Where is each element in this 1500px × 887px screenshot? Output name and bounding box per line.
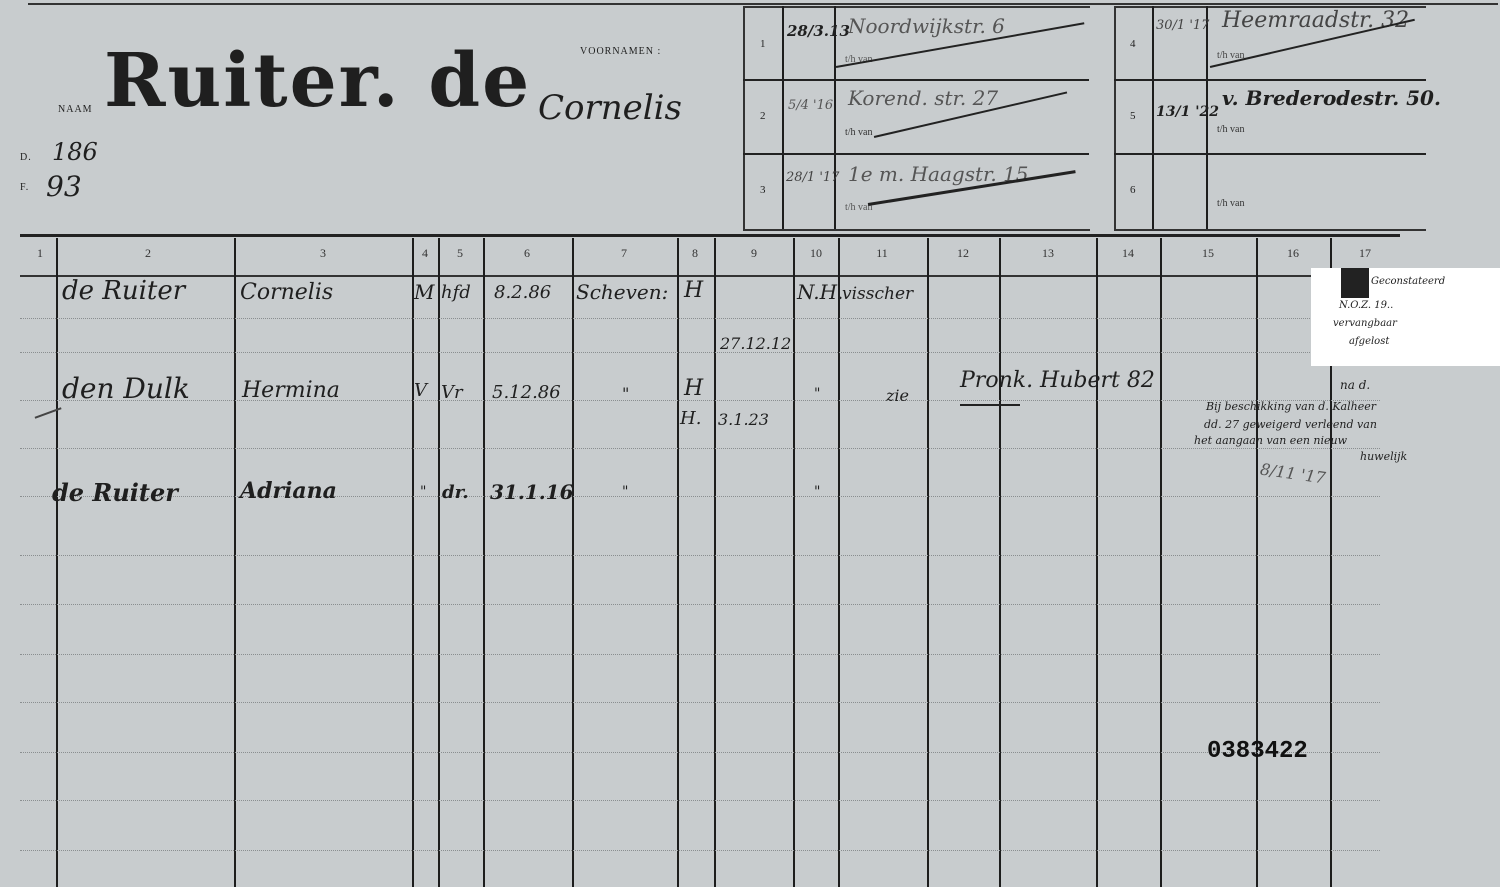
f-label: F. — [20, 182, 29, 193]
address-number: 4 — [1130, 38, 1137, 50]
th-van-label: t/h van — [1217, 124, 1245, 135]
cell-church: N.H. — [797, 280, 843, 304]
cell-surname: de Ruiter — [52, 478, 178, 507]
cell-occupation: zie — [886, 386, 909, 405]
cell-first-name: Hermina — [242, 378, 340, 403]
address-date: 5/4 '16 — [788, 98, 833, 113]
cell-birth-date: 31.1.16 — [490, 480, 574, 504]
remarks-note-top: na d. — [1340, 378, 1370, 392]
cell-birth-date: 5.12.86 — [492, 382, 561, 403]
address-date: 28/3.13 — [787, 22, 850, 40]
column-number: 14 — [1113, 246, 1143, 261]
column-number: 17 — [1350, 246, 1380, 261]
cell-church: " — [814, 484, 820, 500]
stamp-note-line: afgelost — [1349, 336, 1389, 347]
column-number: 13 — [1033, 246, 1063, 261]
underline — [960, 404, 1020, 406]
voornamen-label: VOORNAMEN : — [580, 46, 661, 57]
f-value: 93 — [46, 170, 82, 203]
address-number: 3 — [760, 184, 767, 196]
stamp-icon — [1341, 268, 1369, 298]
column-number: 4 — [410, 246, 440, 261]
remarks-note-line: dd. 27 geweigerd verleend van — [1204, 418, 1377, 431]
cell-church: " — [814, 386, 820, 402]
cell-birth-place: " — [622, 484, 628, 500]
cell-birth-place: " — [622, 384, 629, 403]
column-number: 8 — [680, 246, 710, 261]
top-rule — [28, 3, 1498, 5]
cell-first-name: Adriana — [240, 478, 337, 504]
remarks-note-line: huwelijk — [1360, 450, 1407, 463]
address-street: Noordwijkstr. 6 — [848, 14, 1005, 38]
cell-religion-2: H. — [680, 408, 701, 429]
remarks-date-mark: 8/11 '17 — [1259, 460, 1327, 488]
d-value: 186 — [52, 138, 98, 166]
addr-divider — [1152, 6, 1154, 229]
stamp-note-line: N.O.Z. 19.. — [1339, 300, 1393, 311]
th-van-label: t/h van — [1217, 198, 1245, 209]
column-number: 9 — [739, 246, 769, 261]
addr-row-rule — [1114, 153, 1426, 155]
th-van-label: t/h van — [845, 127, 873, 138]
addr-row-rule — [743, 153, 1089, 155]
remarks-note-line: het aangaan van een nieuw — [1194, 434, 1347, 447]
addr-row-rule — [743, 79, 1089, 81]
address-street: Heemraadstr. 32 — [1222, 8, 1409, 33]
address-number: 6 — [1130, 184, 1137, 196]
cell-occupation: visscher — [842, 284, 913, 304]
cell-religion: H — [684, 278, 703, 303]
cell-relation: hfd — [441, 282, 471, 303]
first-name: Cornelis — [538, 88, 682, 128]
cell-relation: Vr — [441, 382, 463, 403]
column-number: 11 — [867, 246, 897, 261]
column-number: 2 — [133, 246, 163, 261]
address-street: Korend. str. 27 — [848, 86, 998, 110]
cell-surname: den Dulk — [62, 372, 190, 405]
d-label: D. — [20, 152, 32, 163]
cell-sex: " — [420, 484, 426, 500]
column-number: 5 — [445, 246, 475, 261]
surname-title: Ruiter. de — [104, 38, 531, 124]
addr-divider — [782, 6, 784, 229]
cell-first-name: Cornelis — [240, 280, 333, 305]
stamp-note-line: Geconstateerd — [1371, 276, 1445, 287]
cell-reference: Pronk. Hubert 82 — [960, 368, 1155, 393]
serial-number: 0383422 — [1207, 738, 1308, 765]
remarks-note-line: Bij beschikking van d. Kalheer — [1206, 400, 1376, 413]
cell-date-col9: 27.12.12 — [720, 334, 791, 353]
address-number: 5 — [1130, 110, 1137, 122]
naam-label: NAAM — [58, 104, 93, 115]
cell-date-col9-2: 3.1.23 — [718, 410, 769, 429]
column-number: 6 — [512, 246, 542, 261]
cell-religion: H — [684, 376, 703, 401]
cell-birth-date: 8.2.86 — [494, 282, 551, 303]
cell-birth-place: Scheven: — [576, 280, 668, 304]
address-number: 1 — [760, 38, 767, 50]
cell-sex: V — [414, 380, 427, 401]
column-number: 3 — [308, 246, 338, 261]
address-date: 30/1 '17 — [1156, 18, 1209, 33]
column-number: 10 — [801, 246, 831, 261]
stamp-note-line: vervangbaar — [1333, 318, 1397, 329]
column-number: 16 — [1278, 246, 1308, 261]
address-date: 28/1 '17 — [786, 170, 839, 185]
stamp-note-patch: Geconstateerd N.O.Z. 19.. vervangbaar af… — [1311, 268, 1500, 366]
column-number: 1 — [25, 246, 55, 261]
address-number: 2 — [760, 110, 767, 122]
column-number: 15 — [1193, 246, 1223, 261]
cell-relation: dr. — [442, 482, 469, 503]
address-street: v. Brederodestr. 50. — [1222, 86, 1441, 110]
addr-row-rule — [1114, 79, 1426, 81]
column-number: 7 — [609, 246, 639, 261]
column-number: 12 — [948, 246, 978, 261]
cell-sex: M — [414, 280, 434, 304]
address-date: 13/1 '22 — [1156, 104, 1219, 120]
cell-surname: de Ruiter — [62, 276, 185, 306]
table-top-rule — [20, 234, 1400, 237]
